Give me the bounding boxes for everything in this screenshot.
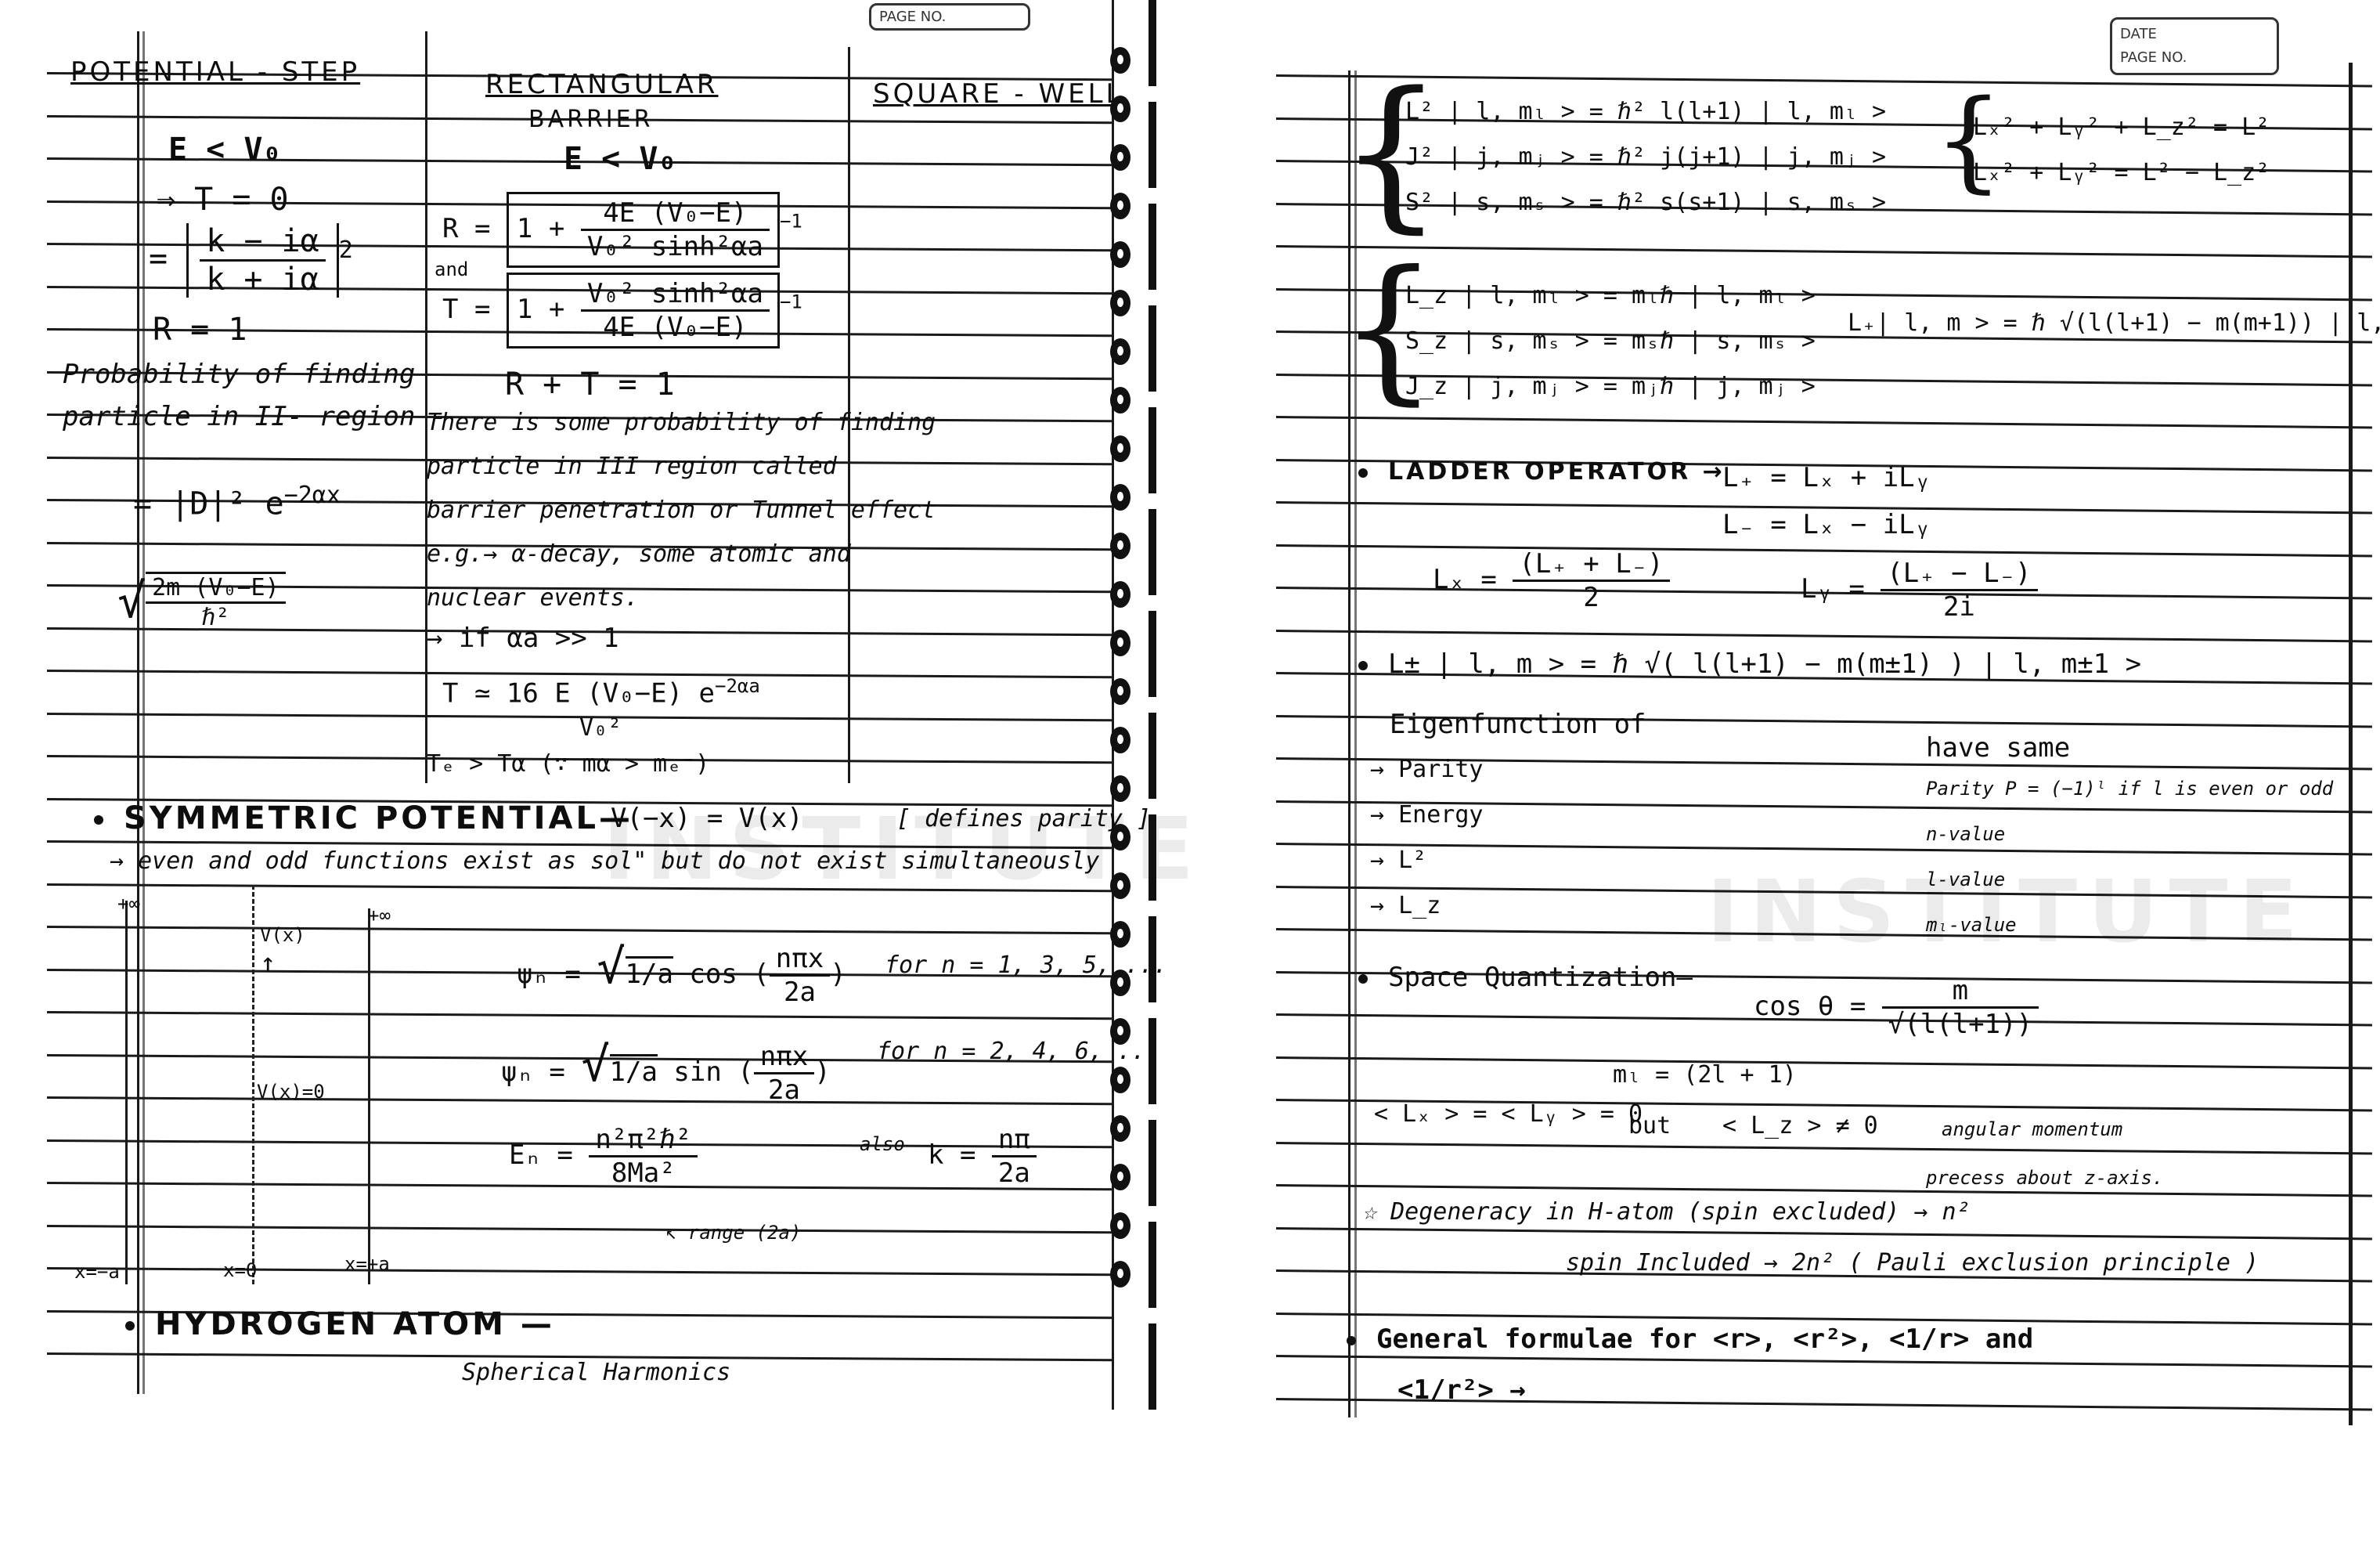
ruled-line xyxy=(47,1267,1112,1276)
degeneracy-line-2: spin Included → 2n² ( Pauli exclusion pr… xyxy=(1566,1249,2259,1277)
spiral-ring-icon xyxy=(1110,484,1130,511)
spiral-ring-icon xyxy=(1110,678,1130,705)
symmetric-potential-title: SYMMETRIC POTENTIAL— xyxy=(94,800,633,836)
spiral-ring-icon xyxy=(1110,144,1130,171)
eigenfunction-of-item: → L² xyxy=(1370,847,1426,874)
ly-formula: Lᵧ = (L₊ − L₋)2i xyxy=(1801,558,2038,623)
spiral-ring-icon xyxy=(1110,970,1130,996)
lx-ly-expectation: < Lₓ > = < Lᵧ > = 0 xyxy=(1374,1100,1643,1129)
function-name: sin xyxy=(673,1056,721,1088)
denominator: 2a xyxy=(992,1157,1037,1189)
page-number-stamp: PAGE NO. xyxy=(869,3,1030,31)
spiral-ring-icon xyxy=(1110,241,1130,268)
text: General formulae for <r>, <r²>, <1/r> an… xyxy=(1376,1324,2033,1355)
ladder-action: L± | l, m > = ℏ √( l(l+1) − m(m±1) ) | l… xyxy=(1358,648,2141,680)
spiral-ring-icon xyxy=(1110,872,1130,899)
vx-label: V(x) xyxy=(260,924,305,946)
title-text: Space Quantization— xyxy=(1388,962,1693,993)
eigenfunction-of-item: → Energy xyxy=(1370,801,1484,829)
step-condition: E < V₀ xyxy=(168,132,282,168)
table-header-square-well: SQUARE - WELL xyxy=(873,78,1123,110)
prob-exponent: −2αx xyxy=(284,482,341,509)
spiral-ring-icon xyxy=(1110,581,1130,608)
ruled-line xyxy=(47,1011,1112,1020)
formula-line: J_z | j, mⱼ > = mⱼℏ | j, mⱼ > xyxy=(1405,373,1816,400)
have-same-item: n-value xyxy=(1926,823,2005,845)
ladder-operator-title: LADDER OPERATOR → xyxy=(1358,458,1725,486)
l-minus-definition: L₋ = Lₓ − iLᵧ xyxy=(1722,509,1931,542)
spiral-ring-icon xyxy=(1110,630,1130,656)
eigenfunction-of-item: → Parity xyxy=(1370,756,1484,783)
margin-line xyxy=(137,31,139,1394)
exponent: 2 xyxy=(339,237,353,264)
r-lhs: R = xyxy=(442,213,490,244)
spiral-ring-icon xyxy=(1110,193,1130,219)
root-content: 1/a xyxy=(610,1054,658,1088)
well-wall-left xyxy=(125,901,128,1284)
spiral-ring-icon xyxy=(1110,338,1130,365)
equals: = xyxy=(149,241,168,277)
spiral-ring-icon xyxy=(1110,1018,1130,1045)
date-page-stamp: DATE PAGE NO. xyxy=(2110,17,2279,75)
ruled-line xyxy=(1276,630,2372,642)
barrier-approx-denominator: V₀² xyxy=(579,714,622,742)
x-pos-a-label: x=+a xyxy=(344,1253,390,1275)
vx-zero-label: V(x)=0 xyxy=(257,1081,325,1103)
numerator: nπ xyxy=(992,1124,1037,1157)
page-label: PAGE NO. xyxy=(2120,46,2269,70)
denominator: 2i xyxy=(1881,591,2037,623)
denominator: √(l(l+1)) xyxy=(1882,1009,2039,1040)
exponent: −1 xyxy=(780,291,802,313)
binding-edge xyxy=(1149,0,1156,1410)
formula-line: L² | l, mₗ > = ℏ² l(l+1) | l, mₗ > xyxy=(1405,98,1886,125)
have-same-label: have same xyxy=(1926,732,2070,764)
table-header-barrier: BARRIER xyxy=(528,106,653,133)
spiral-ring-icon xyxy=(1110,1164,1130,1190)
general-formulae-line-2: <1/r²> → xyxy=(1397,1374,1526,1406)
spiral-ring-icon xyxy=(1110,290,1130,316)
approx-base: T ≃ 16 E (V₀−E) e xyxy=(442,677,715,709)
lz-expectation: < L_z > ≠ 0 xyxy=(1722,1112,1878,1139)
action-text: L± | l, m > = ℏ √( l(l+1) − m(m±1) ) | l… xyxy=(1388,648,2141,680)
exponent: −1 xyxy=(780,211,802,233)
x-zero-label: x=0 xyxy=(223,1259,257,1281)
title-text: SYMMETRIC POTENTIAL— xyxy=(124,800,633,836)
t-lhs: T = xyxy=(442,294,490,325)
formula-line: J² | j, mⱼ > = ℏ² j(j+1) | j, mⱼ > xyxy=(1405,143,1886,171)
plus-infinity-right: +∞ xyxy=(368,905,391,926)
energy-formula: Eₙ = n²π²ℏ²8Ma² xyxy=(509,1124,698,1189)
step-probability-formula: = |D|² e−2αx xyxy=(133,482,341,522)
denominator: k + iα xyxy=(200,262,326,298)
barrier-reflection-formula: R = 1 + 4E (V₀−E)V₀² sinh²αa−1 xyxy=(442,192,802,268)
barrier-note-line: There is some probability of finding xyxy=(427,409,936,436)
spiral-ring-icon xyxy=(1110,727,1130,753)
watermark: INSTITUTE xyxy=(1707,861,2309,962)
formula-line: Lₓ² + Lᵧ² = L² − L_z² xyxy=(1973,159,2270,188)
formula-line: L_z | l, mₗ > = mₗℏ | l, mₗ > xyxy=(1405,282,1816,309)
ruled-line xyxy=(1276,1355,2372,1367)
bullet xyxy=(1358,661,1368,670)
formula-line: S_z | s, mₛ > = mₛℏ | s, mₛ > xyxy=(1405,327,1816,355)
denominator: 2a xyxy=(770,977,830,1008)
lx-lhs: Lₓ = xyxy=(1433,564,1497,595)
psi-lhs: ψₙ = xyxy=(501,1056,565,1088)
formula-line: Lₓ² + Lᵧ² + L_z² = L² xyxy=(1973,114,2270,143)
spiral-ring-icon xyxy=(1110,435,1130,462)
numerator: (L₊ − L₋) xyxy=(1881,558,2037,591)
spiral-ring-icon xyxy=(1110,824,1130,850)
have-same-item: Parity P = (−1)ˡ if l is even or odd xyxy=(1926,778,2333,800)
title-text: LADDER OPERATOR → xyxy=(1388,458,1725,486)
spiral-ring-icon xyxy=(1110,96,1130,122)
ruled-line xyxy=(1276,843,2372,855)
ladder-side-formula: L₊| l, m > = ℏ √(l(l+1) − m(m+1)) | l, m… xyxy=(1848,309,2380,337)
precession-note-1: angular momentum xyxy=(1942,1118,2122,1140)
hydrogen-atom-title: HYDROGEN ATOM — xyxy=(125,1306,555,1342)
spiral-ring-icon xyxy=(1110,1261,1130,1287)
bullet xyxy=(1358,468,1368,478)
spiral-ring-icon xyxy=(1110,47,1130,74)
ruled-line xyxy=(47,1225,1112,1233)
step-r-value: R = 1 xyxy=(153,312,247,348)
k-lhs: k = xyxy=(928,1139,975,1171)
psi-lhs: ψₙ = xyxy=(517,959,581,990)
spiral-ring-icon xyxy=(1110,1212,1130,1239)
barrier-approximation: T ≃ 16 E (V₀−E) e−2αa xyxy=(442,675,760,709)
denominator: 4E (V₀−E) xyxy=(581,312,770,343)
function-name: cos xyxy=(689,959,737,990)
ruled-line xyxy=(1276,1184,2372,1197)
spiral-ring-icon xyxy=(1110,775,1130,802)
spiral-ring-icon xyxy=(1110,921,1130,948)
table-header-potential-step: POTENTIAL - STEP xyxy=(70,56,360,88)
spiral-ring-icon xyxy=(1110,533,1130,559)
spiral-ring-icon xyxy=(1110,1067,1130,1093)
title-text: HYDROGEN ATOM — xyxy=(155,1306,555,1342)
degeneracy-line-1: ☆ Degeneracy in H-atom (spin excluded) →… xyxy=(1362,1198,1971,1226)
barrier-transmission-formula: T = 1 + V₀² sinh²αa4E (V₀−E)−1 xyxy=(442,273,802,348)
step-probability-line-2: particle in II- region - xyxy=(63,401,447,432)
table-header-rectangular: RECTANGULAR xyxy=(485,69,719,100)
energy-lhs: Eₙ = xyxy=(509,1139,573,1171)
x-neg-a-label: x=−a xyxy=(74,1261,120,1283)
well-wall-right xyxy=(368,908,370,1284)
eigenfunction-of-item: → L_z xyxy=(1370,892,1441,919)
page-edge-line xyxy=(2349,63,2353,1425)
ly-lhs: Lᵧ = xyxy=(1801,573,1865,605)
general-formulae-line-1: General formulae for <r>, <r²>, <1/r> an… xyxy=(1347,1324,2033,1355)
bullet xyxy=(94,815,103,825)
barrier-comparison: Tₑ > Tα (∵ mα > mₑ⁻) xyxy=(427,750,709,778)
space-quantization-title: Space Quantization— xyxy=(1358,962,1693,993)
bullet xyxy=(1358,974,1368,984)
eigenfunction-title: Eigenfunction of xyxy=(1390,709,1646,740)
numerator: 4E (V₀−E) xyxy=(581,197,770,231)
cos-lhs: cos θ = xyxy=(1754,991,1866,1022)
ruled-line xyxy=(1276,1142,2372,1154)
numerator: n²π²ℏ² xyxy=(589,1124,698,1157)
formula-line: S² | s, mₛ > = ℏ² s(s+1) | s, mₛ > xyxy=(1405,189,1886,216)
barrier-note-line: particle in III region called xyxy=(427,453,837,480)
hydrogen-subtitle: Spherical Harmonics xyxy=(462,1359,730,1386)
margin-line xyxy=(142,31,145,1394)
page-stamp-label: PAGE NO. xyxy=(879,9,946,25)
numerator: k − iα xyxy=(200,223,326,262)
psi-odd-formula: ψₙ = √1/a cos (nπx2a) xyxy=(517,940,846,1008)
prob-base: = |D|² e xyxy=(133,486,284,522)
numerator: m xyxy=(1882,975,2039,1009)
k-formula: k = nπ2a xyxy=(928,1124,1037,1189)
left-notebook-page: PAGE NO. POTENTIAL - STEP RECTANGULAR BA… xyxy=(0,0,1127,1542)
one-plus: 1 + xyxy=(517,213,564,244)
barrier-condition: E < V₀ xyxy=(564,141,677,177)
denominator: 8Ma² xyxy=(589,1157,698,1189)
step-transmission: ⇒ T = 0 xyxy=(157,182,289,218)
one-plus: 1 + xyxy=(517,294,564,325)
numerator: (L₊ + L₋) xyxy=(1513,548,1669,582)
spiral-ring-icon xyxy=(1110,1115,1130,1142)
numerator: nπx xyxy=(754,1041,814,1074)
plus-infinity-left: +∞ xyxy=(117,893,140,915)
up-arrow-icon: ↑ xyxy=(260,948,276,979)
bullet xyxy=(1347,1336,1356,1345)
ml-formula: mₗ = (2l + 1) xyxy=(1613,1061,1797,1089)
root-content: 1/a xyxy=(626,956,673,990)
approx-exponent: −2αa xyxy=(715,675,760,697)
date-label: DATE xyxy=(2120,23,2269,46)
ruled-line xyxy=(1276,416,2372,428)
step-reflection-formula: = k − iαk + iα 2 xyxy=(149,223,353,298)
ruled-line xyxy=(47,926,1112,934)
numerator: V₀² sinh²αa xyxy=(581,278,770,312)
numerator: nπx xyxy=(770,943,830,977)
step-probability-line-1: Probability of finding xyxy=(63,359,415,390)
barrier-note-line: nuclear events. xyxy=(427,584,639,612)
denominator: 2 xyxy=(1513,582,1669,613)
lx-formula: Lₓ = (L₊ + L₋)2 xyxy=(1433,548,1670,613)
step-alpha-formula: √2m (V₀−E)ℏ² xyxy=(117,572,286,631)
cos-theta-formula: cos θ = m√(l(l+1)) xyxy=(1754,975,2039,1040)
barrier-note-line: e.g.→ α-decay, some atomic and xyxy=(427,540,851,568)
precession-note-2: precess about z-axis. xyxy=(1926,1167,2163,1189)
but-label: but xyxy=(1628,1112,1671,1139)
alpha-denominator: ℏ² xyxy=(146,604,286,631)
alpha-numerator: 2m (V₀−E) xyxy=(146,574,286,604)
ruled-line xyxy=(1276,1227,2372,1240)
right-notebook-page: DATE PAGE NO. { L² | l, mₗ > = ℏ² l(l+1)… xyxy=(1221,0,2380,1542)
psi-even-formula: ψₙ = √1/a sin (nπx2a) xyxy=(501,1038,831,1106)
l-plus-definition: L₊ = Lₓ + iLᵧ xyxy=(1722,462,1931,495)
spiral-ring-icon xyxy=(1110,387,1130,413)
also-label: also xyxy=(860,1133,905,1155)
barrier-sum: R + T = 1 xyxy=(505,367,675,403)
range-note: ↖ range (2a) xyxy=(665,1222,801,1244)
barrier-if-condition: → if αa >> 1 xyxy=(427,623,619,654)
barrier-note-line: barrier penetration or Tunnel effect xyxy=(427,497,936,524)
denominator: 2a xyxy=(754,1074,814,1106)
denominator: V₀² sinh²αa xyxy=(581,231,770,262)
ruled-line xyxy=(1276,1056,2372,1069)
bullet xyxy=(125,1321,135,1331)
